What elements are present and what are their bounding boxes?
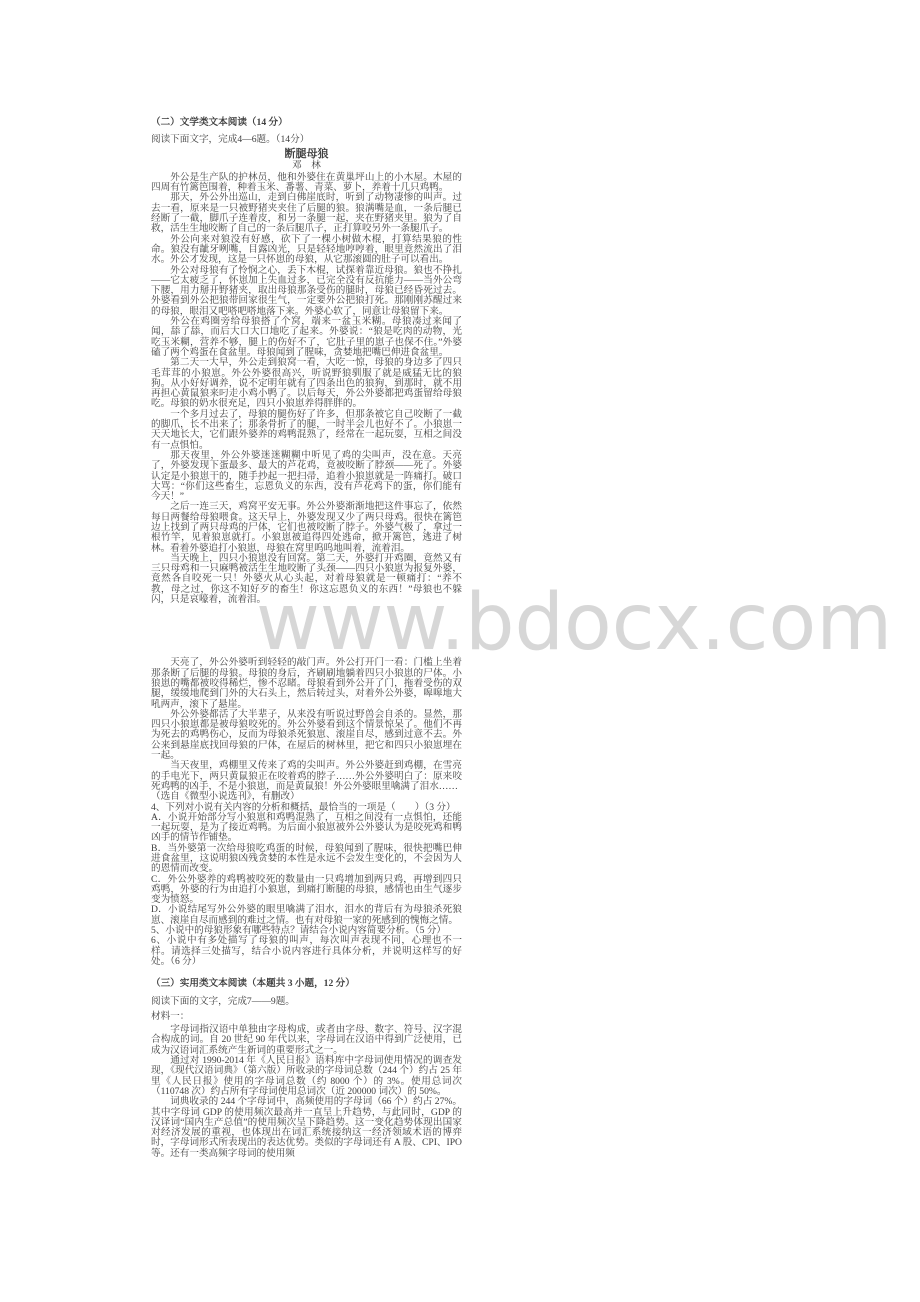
story-paragraph: 外公是生产队的护林员，他和外婆住在黄巢坪山上的小木屋。木屋的四周有竹篱笆围着，种… (151, 173, 462, 194)
section-practical-instruction: 阅读下面的文字，完成7——9题。 (151, 997, 462, 1007)
story-paragraph: 第二天一大早，外公走到狼窝一看，大吃一惊，母狼的身边多了四只毛茸茸的小狼崽。外公… (151, 358, 462, 409)
question-4-option-a: A．小说开始部分写小狼崽和鸡鸭混熟了，互相之间没有一点惧怕，还能一起玩耍，是为了… (151, 813, 462, 844)
story-paragraph: 外公在鸡圈旁给母狼搭了个窝，端来一盆玉米糊。母狼凑过来闻了闻，舔了舔，而后大口大… (151, 317, 462, 358)
story-paragraph: 一个多月过去了，母狼的腿伤好了许多，但那条被它自己咬断了一截的脚爪，长不出来了；… (151, 410, 462, 451)
question-4-option-d: D．小说结尾写外公外婆的眼里噙满了泪水，泪水的背后有为母狼杀死狼崽、滚崖自尽而感… (151, 905, 462, 926)
story-paragraph: 外公向来对狼没有好感，砍下了一棵小树做木棍，打算结果狼的性命。狼没有龇牙咧嘴，目… (151, 235, 462, 266)
material-paragraph: 通过对 1990-2014 年《人民日报》语料库中字母词使用情况的调查发现，《现… (151, 1056, 462, 1097)
story-author: 邓 林 (151, 161, 462, 171)
story-paragraph: 那天夜里，外公外婆迷迷糊糊中听见了鸡的尖叫声，没在意。天亮了，外婆发现下蛋最多、… (151, 451, 462, 502)
section-heading-practical: （三）实用类文本阅读（本题共 3 小题，12 分） (151, 979, 462, 989)
scanned-exam-text-column: （二）文学类文本阅读（14 分） 阅读下面文字，完成4—6题。（14分） 断腿母… (151, 118, 462, 1159)
question-4-option-c: C．外公外婆养的鸡鸭被咬死的数量由一只鸡增加到两只鸡，再增到四只鸡鸭，外婆的行为… (151, 875, 462, 906)
story-paragraph: 当天晚上，四只小狼崽没有回窝。第二天，外婆打开鸡圈，竟然又有三只母鸡和一只麻鸭被… (151, 554, 462, 605)
material-paragraph: 词典收录的 244 个字母词中，高频使用的字母词（66 个）约占 27%。其中字… (151, 1097, 462, 1159)
story-title: 断腿母狼 (151, 148, 462, 160)
question-6: 6、小说中有多处描写了母狼的叫声，每次叫声表现不同，心理也不一样。请选择三处描写… (151, 936, 462, 967)
section-heading-literary: （二）文学类文本阅读（14 分） (151, 118, 462, 128)
question-block: 4、下列对小说有关内容的分析和概括，最恰当的一项是（ ）（3 分） A．小说开始… (151, 803, 462, 968)
question-4-option-b: B．当外婆第一次给母狼吃鸡蛋的时候，母狼闻到了腥味，很快把嘴巴伸进食盆里，这说明… (151, 844, 462, 875)
story-paragraph: 那天，外公外出巡山，走到白佛崖底时，听到了动物凄惨的叫声。过去一看，原来是一只被… (151, 193, 462, 234)
story-source-note: （选自《微型小说选刊》，有删改） (151, 792, 462, 802)
story-paragraph: 当天夜里，鸡棚里又传来了鸡的尖叫声。外公外婆赶到鸡棚，在雪亮的手电光下，两只黄鼠… (151, 761, 462, 792)
section-literary-instruction: 阅读下面文字，完成4—6题。（14分） (151, 135, 462, 145)
story-paragraph: 天亮了，外公外婆听到轻轻的敲门声。外公打开门一看：门槛上坐着那条断了后腿的母狼。… (151, 658, 462, 709)
story-paragraph: 之后一连三天，鸡窝平安无事。外公外婆渐渐地把这件事忘了，依然每日两餐给母狼喂食。… (151, 502, 462, 553)
scan-blank-gap (151, 605, 462, 658)
story-paragraph: 外公对母狼有了怜悯之心，丢下木棍，试探着靠近母狼。狼也不挣扎——它太疲乏了，怀崽… (151, 266, 462, 317)
story-paragraph: 外公外婆都活了大半辈子，从来没有听说过野兽会自杀的。显然，那四只小狼崽都是被母狼… (151, 710, 462, 761)
material-paragraph: 字母词指汉语中单独由字母构成，或者由字母、数字、符号、汉字混合构成的词。自 20… (151, 1025, 462, 1056)
material-one-label: 材料一： (151, 1012, 462, 1022)
